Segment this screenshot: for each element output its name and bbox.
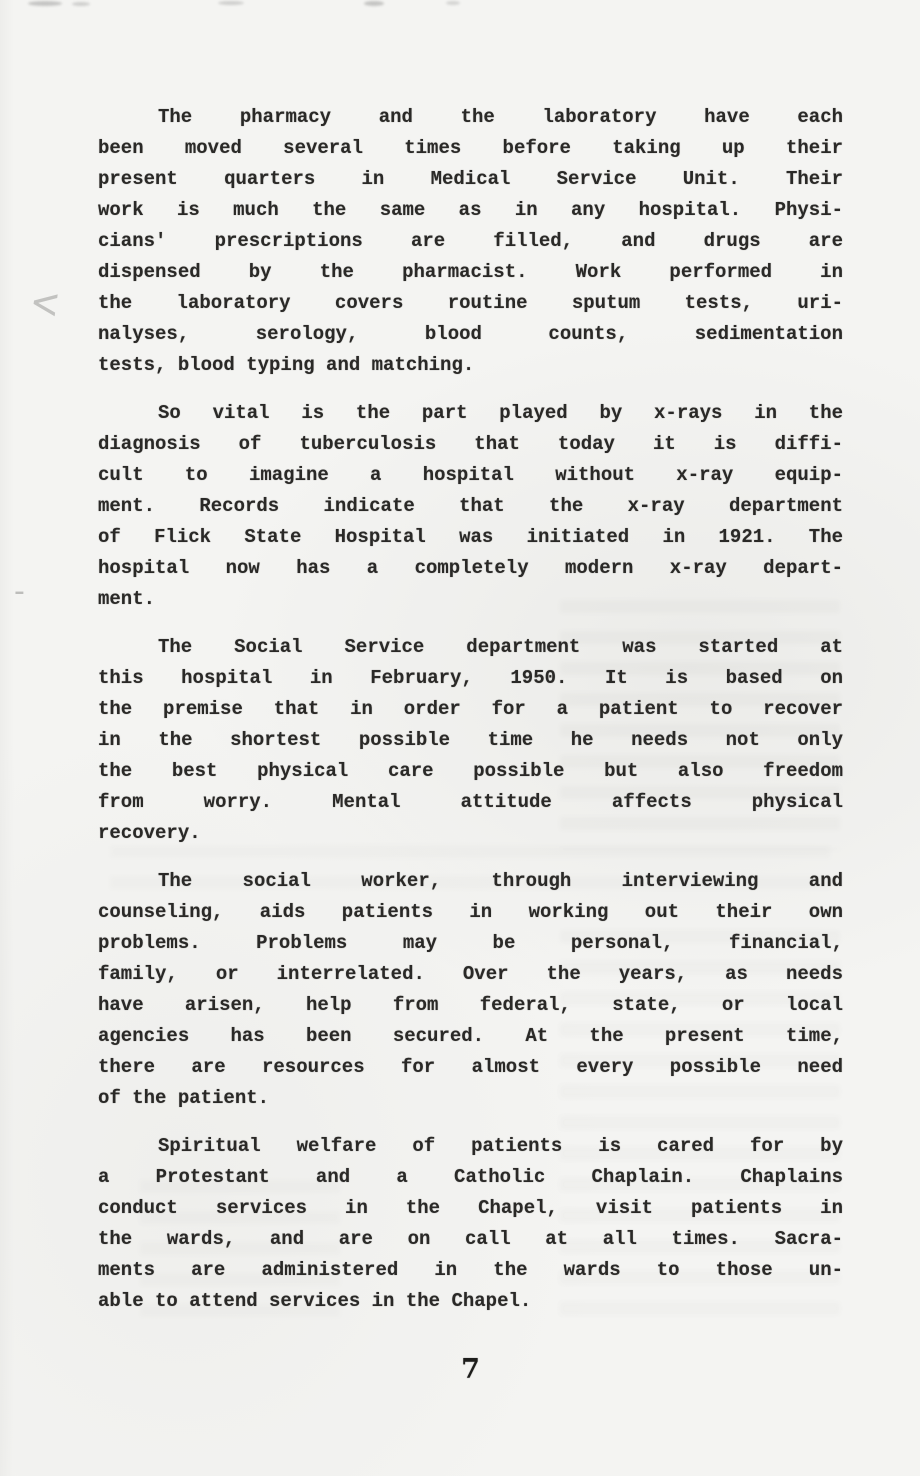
text-line: family, or interrelated. Over the years,… <box>98 959 843 990</box>
text-line: a Protestant and a Catholic Chaplain. Ch… <box>98 1162 843 1193</box>
text-line: have arisen, help from federal, state, o… <box>98 990 843 1021</box>
scan-speck <box>218 1 244 5</box>
pencil-dash-mark: - <box>14 574 25 609</box>
scanned-document-page: < - The pharmacy and the laboratory have… <box>0 0 920 1476</box>
text-line: the premise that in order for a patient … <box>98 694 843 725</box>
scan-speck <box>72 2 90 6</box>
text-line: from worry. Mental attitude affects phys… <box>98 787 843 818</box>
text-line: ment. <box>98 584 843 615</box>
text-line: The social worker, through interviewing … <box>98 866 843 897</box>
text-line: agencies has been secured. At the presen… <box>98 1021 843 1052</box>
text-line: the laboratory covers routine sputum tes… <box>98 288 843 319</box>
paragraph-xray: So vital is the part played by x-rays in… <box>98 398 843 615</box>
text-line: diagnosis of tuberculosis that today it … <box>98 429 843 460</box>
scan-speck <box>364 1 384 6</box>
text-line: tests, blood typing and matching. <box>98 350 843 381</box>
text-line: The pharmacy and the laboratory have eac… <box>98 102 843 133</box>
text-line: hospital now has a completely modern x-r… <box>98 553 843 584</box>
paragraph-social-worker: The social worker, through interviewing … <box>98 866 843 1114</box>
text-line: the best physical care possible but also… <box>98 756 843 787</box>
text-line: So vital is the part played by x-rays in… <box>98 398 843 429</box>
text-line: the wards, and are on call at all times.… <box>98 1224 843 1255</box>
text-line: nalyses, serology, blood counts, sedimen… <box>98 319 843 350</box>
paragraph-spiritual-welfare: Spiritual welfare of patients is cared f… <box>98 1131 843 1317</box>
text-line: The Social Service department was starte… <box>98 632 843 663</box>
text-line: been moved several times before taking u… <box>98 133 843 164</box>
pencil-angle-mark: < <box>27 278 63 329</box>
text-line: counseling, aids patients in working out… <box>98 897 843 928</box>
text-line: Spiritual welfare of patients is cared f… <box>98 1131 843 1162</box>
text-line: cians' prescriptions are filled, and dru… <box>98 226 843 257</box>
paragraph-social-service: The Social Service department was starte… <box>98 632 843 849</box>
text-line: there are resources for almost every pos… <box>98 1052 843 1083</box>
text-line: dispensed by the pharmacist. Work perfor… <box>98 257 843 288</box>
text-line: able to attend services in the Chapel. <box>98 1286 843 1317</box>
text-line: ments are administered in the wards to t… <box>98 1255 843 1286</box>
text-line: present quarters in Medical Service Unit… <box>98 164 843 195</box>
text-line: ment. Records indicate that the x-ray de… <box>98 491 843 522</box>
page-number: 7 <box>98 1354 843 1386</box>
text-line: in the shortest possible time he needs n… <box>98 725 843 756</box>
text-line: work is much the same as in any hospital… <box>98 195 843 226</box>
text-line: this hospital in February, 1950. It is b… <box>98 663 843 694</box>
scan-speck <box>446 1 460 5</box>
text-line: of the patient. <box>98 1083 843 1114</box>
text-line: problems. Problems may be personal, fina… <box>98 928 843 959</box>
scan-speck <box>28 1 62 6</box>
text-line: recovery. <box>98 818 843 849</box>
text-line: of Flick State Hospital was initiated in… <box>98 522 843 553</box>
document-body: The pharmacy and the laboratory have eac… <box>98 102 843 1386</box>
text-line: cult to imagine a hospital without x-ray… <box>98 460 843 491</box>
paragraph-pharmacy-laboratory: The pharmacy and the laboratory have eac… <box>98 102 843 381</box>
text-line: conduct services in the Chapel, visit pa… <box>98 1193 843 1224</box>
